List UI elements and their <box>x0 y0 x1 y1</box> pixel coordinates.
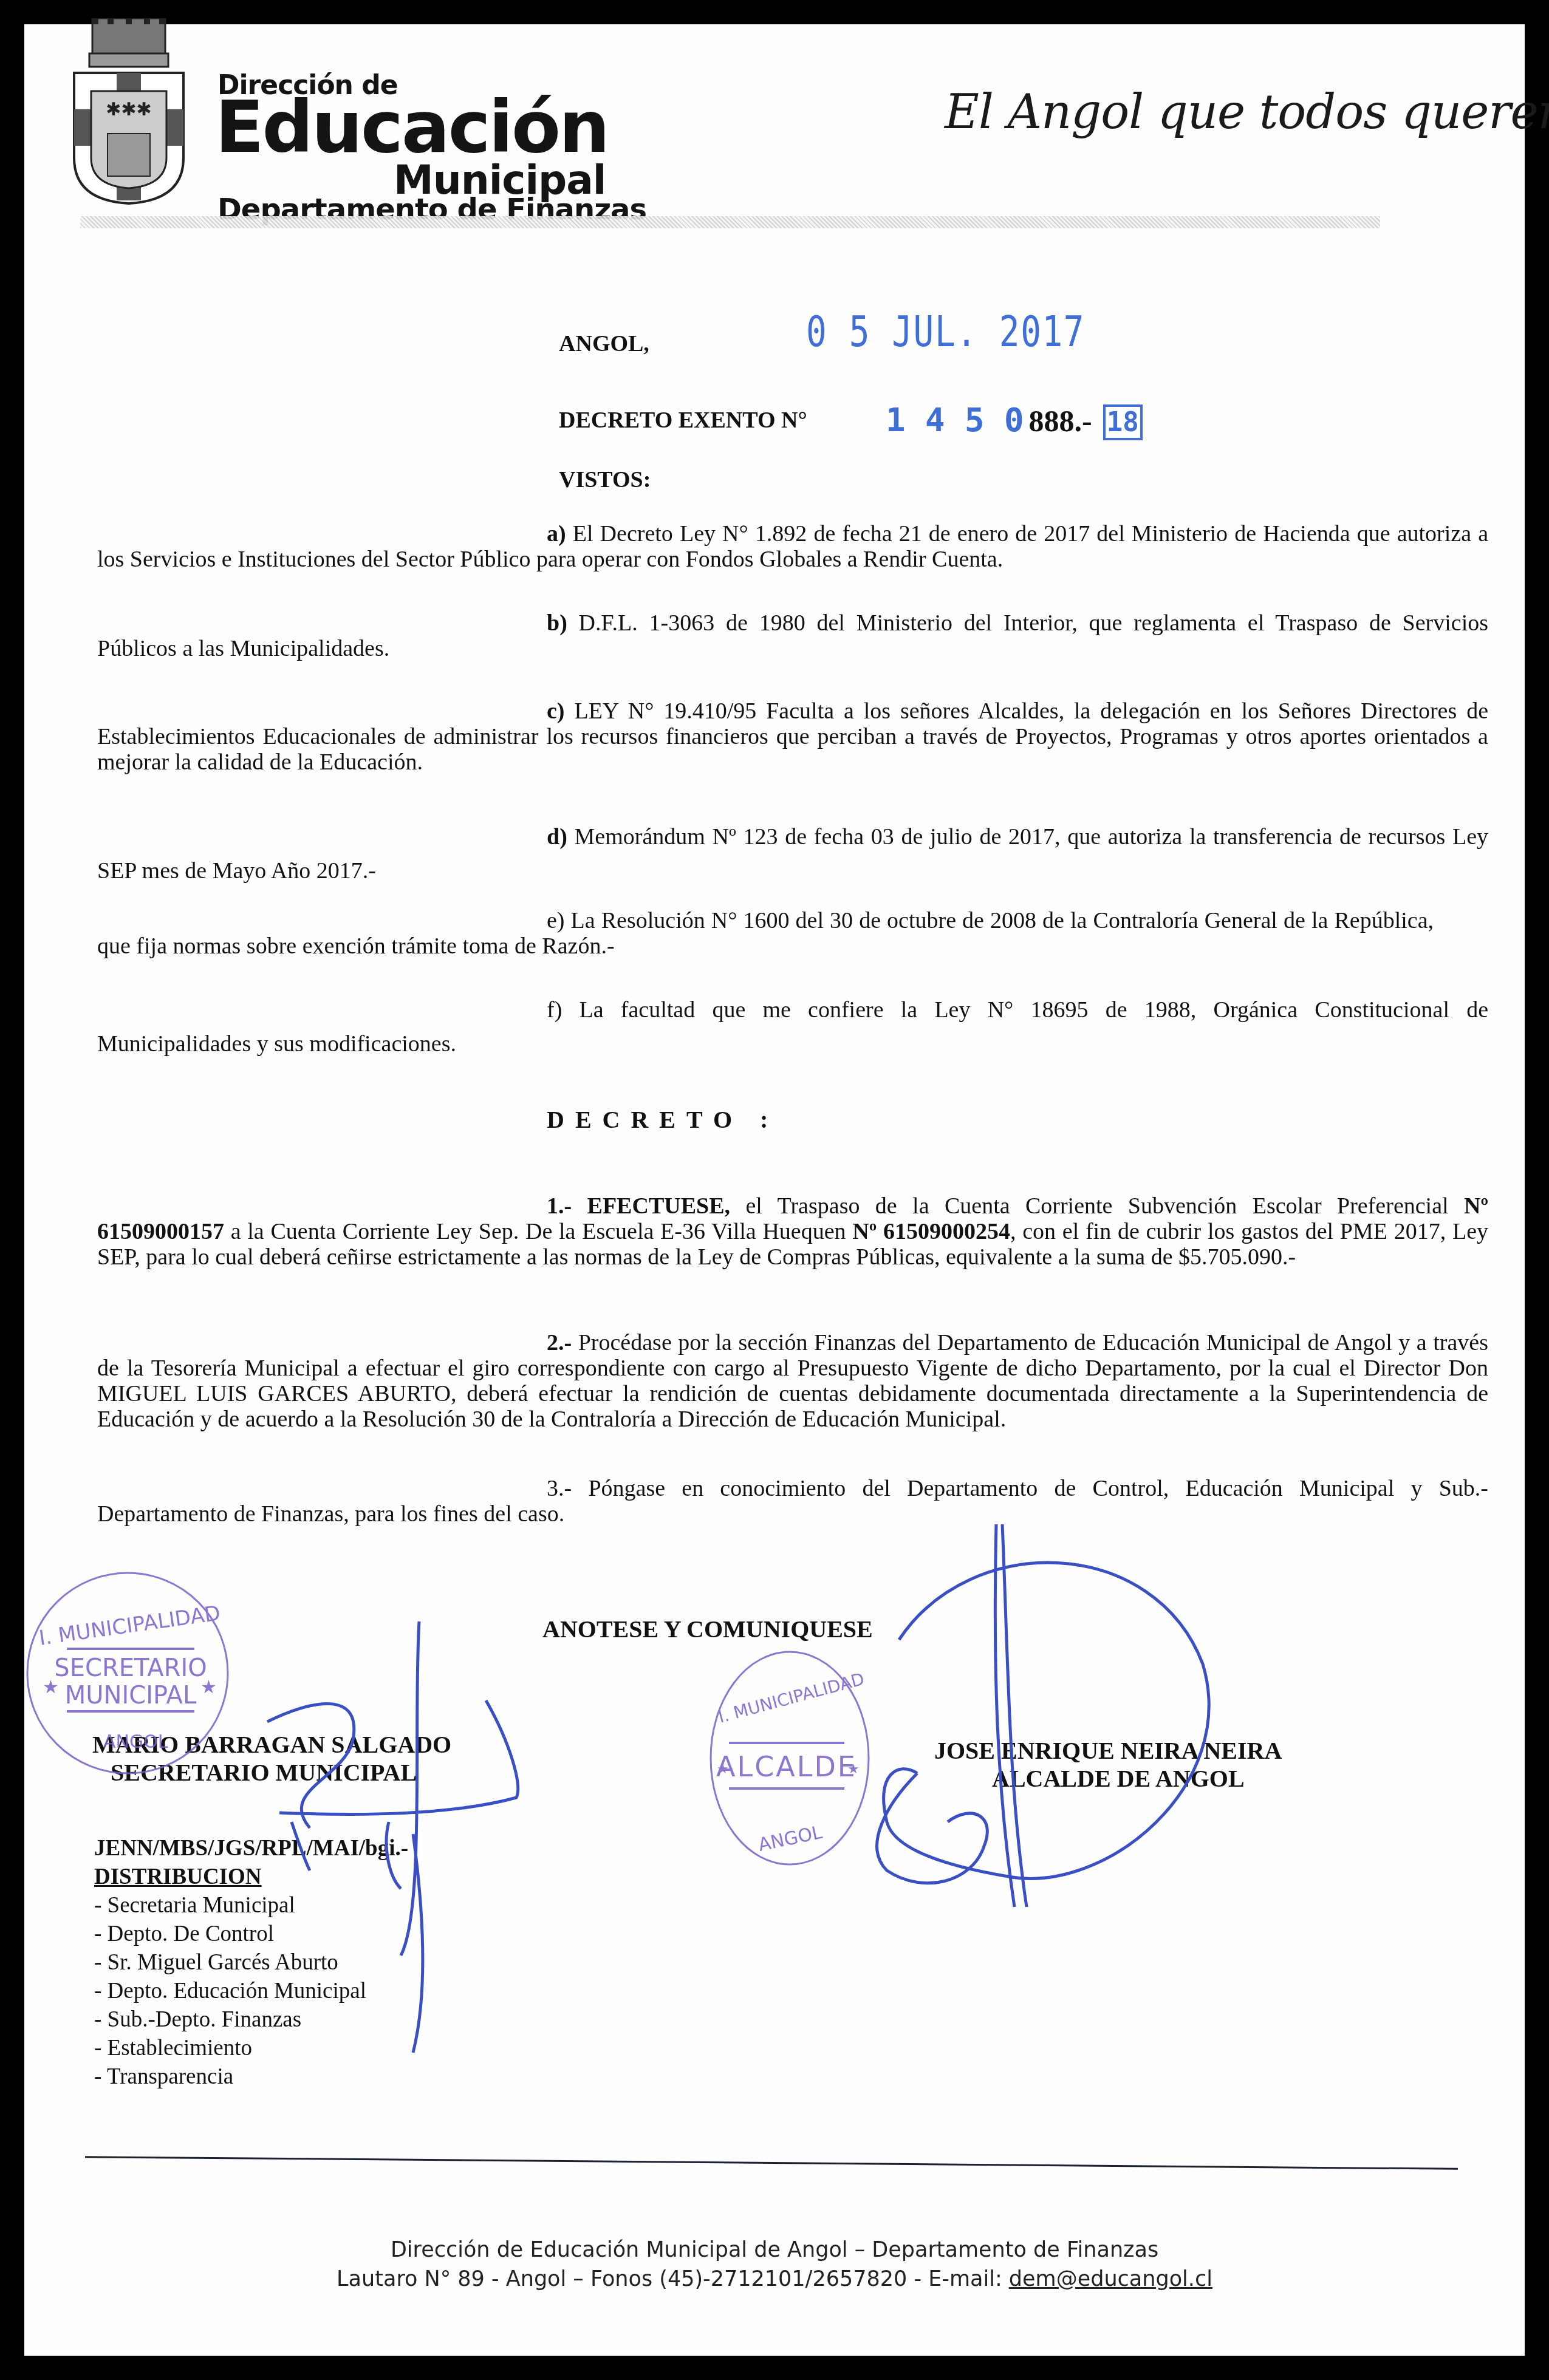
svg-text:★: ★ <box>717 1761 729 1776</box>
svg-text:★: ★ <box>43 1677 59 1697</box>
svg-text:ALCALDE: ALCALDE <box>716 1750 857 1783</box>
svg-text:ANGOL: ANGOL <box>756 1822 824 1856</box>
secretary-signature-icon <box>267 1621 518 2053</box>
svg-text:★: ★ <box>847 1761 860 1776</box>
footer-address: Lautaro N° 89 - Angol – Fonos (45)-27121… <box>337 2267 1009 2291</box>
footer-email-link[interactable]: dem@educangol.cl <box>1009 2267 1212 2291</box>
mayor-signature-icon <box>877 1524 1209 1907</box>
footer-line1: Dirección de Educación Municipal de Ango… <box>24 2238 1525 2262</box>
svg-text:I. MUNICIPALIDAD: I. MUNICIPALIDAD <box>38 1601 222 1650</box>
svg-text:SECRETARIO: SECRETARIO <box>54 1654 207 1682</box>
svg-text:MUNICIPAL: MUNICIPAL <box>65 1682 197 1710</box>
mayor-seal-icon: I. MUNICIPALIDAD ALCALDE ★ ★ ANGOL <box>711 1652 869 1864</box>
svg-text:★: ★ <box>200 1677 217 1697</box>
footer-line2: Lautaro N° 89 - Angol – Fonos (45)-27121… <box>24 2267 1525 2291</box>
document-page: ✱✱✱ Dirección de Educación Municipal Dep… <box>24 24 1525 2356</box>
svg-text:ANGOL: ANGOL <box>103 1731 168 1753</box>
secretary-seal-icon: I. MUNICIPALIDAD SECRETARIO MUNICIPAL ★ … <box>27 1573 228 1773</box>
seals-and-signatures: I. MUNICIPALIDAD SECRETARIO MUNICIPAL ★ … <box>24 24 1525 2356</box>
